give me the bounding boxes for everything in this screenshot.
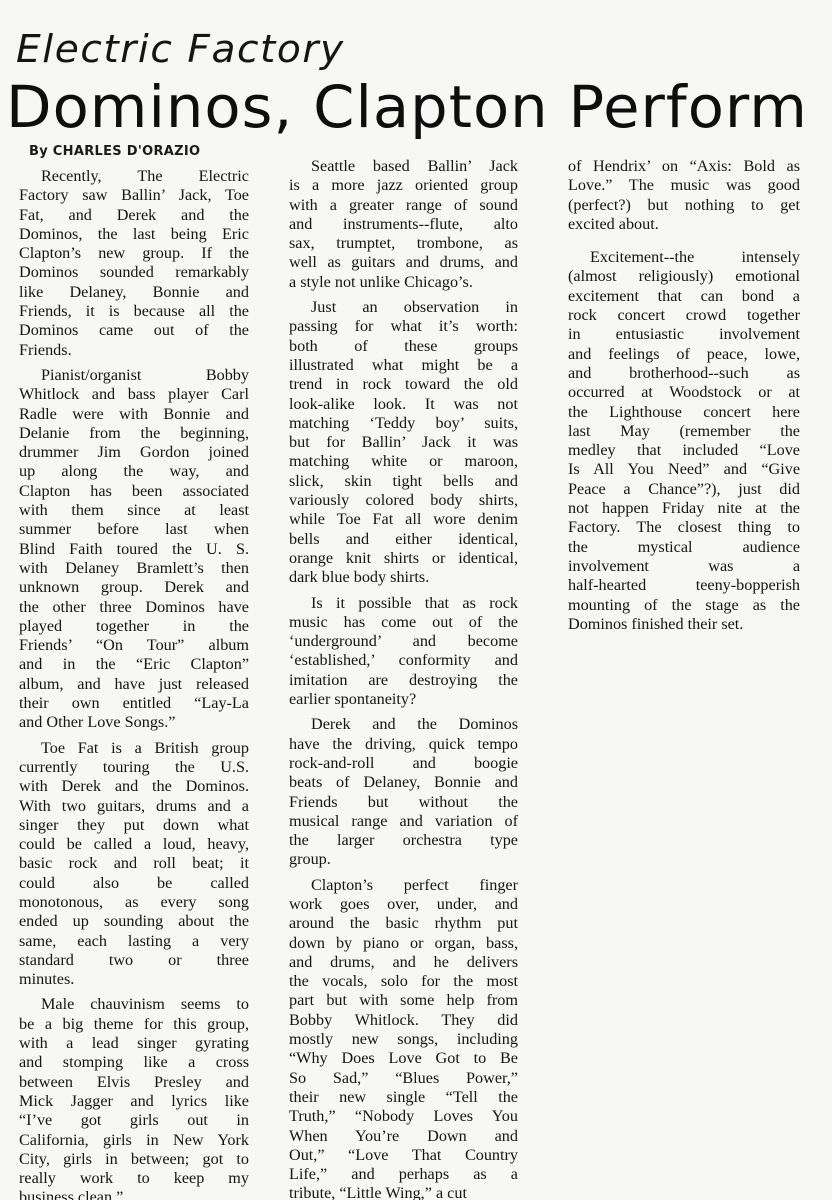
article-line: basic rock and roll beat; it	[19, 854, 249, 873]
article-line: with them since at least	[19, 501, 249, 520]
article-kicker: Electric Factory	[16, 30, 345, 68]
article-line: and drums, and he delivers	[289, 953, 518, 972]
article-line: their own entitled “Lay-La	[19, 694, 249, 713]
article-line: ‘underground’ and become	[289, 632, 518, 651]
article-line: Factory saw Ballin’ Jack, Toe	[19, 186, 249, 205]
article-line: really work to keep my	[19, 1169, 249, 1188]
article-line: Love.” The music was good	[568, 176, 800, 195]
article-line: Friends’ “On Tour” album	[19, 636, 249, 655]
article-line: minutes.	[19, 970, 249, 989]
article-line: Clapton has been associated	[19, 482, 249, 501]
article-line: Recently, The Electric	[19, 167, 249, 186]
article-line: Out,” “Love That Country	[289, 1146, 518, 1165]
article-line: part but with some help from	[289, 991, 518, 1010]
article-line: currently touring the U.S.	[19, 758, 249, 777]
article-line: Dominos came out of the	[19, 321, 249, 340]
article-line: When You’re Down and	[289, 1127, 518, 1146]
article-line: Whitlock and bass player Carl	[19, 385, 249, 404]
article-line: (perfect?) but nothing to get	[568, 196, 800, 215]
article-line: tribute, “Little Wing,” a cut	[289, 1184, 518, 1200]
article-line: the larger orchestra type	[289, 831, 518, 850]
article-line: sax, trumptet, trombone, as	[289, 234, 518, 253]
article-line: California, girls in New York	[19, 1131, 249, 1150]
article-line: Clapton’s new group. If the	[19, 244, 249, 263]
article-line: City, girls in between; got to	[19, 1150, 249, 1169]
article-line: and Other Love Songs.”	[19, 713, 249, 732]
article-line: summer before last when	[19, 520, 249, 539]
article-line: Mick Jagger and lyrics like	[19, 1092, 249, 1111]
article-line: the mystical audience	[568, 538, 800, 557]
article-line: “Why Does Love Got to Be	[289, 1049, 518, 1068]
article-line: Just an observation in	[289, 298, 518, 317]
article-line: rock concert crowd together	[568, 306, 800, 325]
article-line: with Delaney Bramlett’s then	[19, 559, 249, 578]
article-line: same, each lasting a very	[19, 932, 249, 951]
article-line: Toe Fat is a British group	[19, 739, 249, 758]
article-line: and feelings of peace, lowe,	[568, 345, 800, 364]
article-line: Bobby Whitlock. They did	[289, 1011, 518, 1030]
article-line: down by piano or organ, bass,	[289, 934, 518, 953]
article-line: slick, skin tight bells and	[289, 472, 518, 491]
article-line: With two guitars, drums and a	[19, 797, 249, 816]
article-paragraph: Just an observation inpassing for what i…	[289, 298, 518, 587]
article-line: could be called a loud, heavy,	[19, 835, 249, 854]
article-line: bells and either identical,	[289, 530, 518, 549]
article-line: both of these groups	[289, 337, 518, 356]
article-line: beats of Delaney, Bonnie and	[289, 773, 518, 792]
article-line: their new single “Tell the	[289, 1088, 518, 1107]
article-paragraph: Clapton’s perfect fingerwork goes over, …	[289, 876, 518, 1200]
article-line: with Derek and the Dominos.	[19, 777, 249, 796]
article-line: Peace a Chance”?), just did	[568, 480, 800, 499]
article-line: excitement that can bond a	[568, 287, 800, 306]
article-line: illustrated what might be a	[289, 356, 518, 375]
article-line: So Sad,” “Blues Power,”	[289, 1069, 518, 1088]
article-line: trend in rock toward the old	[289, 375, 518, 394]
article-line: and brotherhood--such as	[568, 364, 800, 383]
article-line: matching white or maroon,	[289, 452, 518, 471]
article-line: dark blue body shirts.	[289, 568, 518, 587]
article-line: but for Ballin’ Jack it was	[289, 433, 518, 452]
article-line: a style not unlike Chicago’s.	[289, 273, 518, 292]
article-line: and instruments--flute, alto	[289, 215, 518, 234]
article-paragraph: Toe Fat is a British groupcurrently tour…	[19, 739, 249, 990]
article-line: Friends but without the	[289, 793, 518, 812]
article-line: Clapton’s perfect finger	[289, 876, 518, 895]
article-line: Blind Faith toured the U. S.	[19, 540, 249, 559]
article-line: music has come out of the	[289, 613, 518, 632]
article-line: mounting of the stage as the	[568, 596, 800, 615]
article-line: around the basic rhythm put	[289, 914, 518, 933]
article-line: (almost religiously) emotional	[568, 267, 800, 286]
article-line: imitation are destroying the	[289, 671, 518, 690]
article-line: earlier spontaneity?	[289, 690, 518, 709]
article-line: the Lighthouse concert here	[568, 403, 800, 422]
article-line: singer they put down what	[19, 816, 249, 835]
article-line: not happen Friday nite at the	[568, 499, 800, 518]
article-line: between Elvis Presley and	[19, 1073, 249, 1092]
article-line: work goes over, under, and	[289, 895, 518, 914]
article-line: Seattle based Ballin’ Jack	[289, 157, 518, 176]
article-line: Pianist/organist Bobby	[19, 366, 249, 385]
article-line: rock-and-roll and boogie	[289, 754, 518, 773]
article-line: variously colored body shirts,	[289, 491, 518, 510]
article-line: have the driving, quick tempo	[289, 735, 518, 754]
article-line: involvement was a	[568, 557, 800, 576]
article-line: musical range and variation of	[289, 812, 518, 831]
article-line: orange knit shirts or identical,	[289, 549, 518, 568]
article-line: Dominos, the last being Eric	[19, 225, 249, 244]
article-line: Derek and the Dominos	[289, 715, 518, 734]
article-line: Fat, and Derek and the	[19, 206, 249, 225]
article-line: Truth,” “Nobody Loves You	[289, 1107, 518, 1126]
article-line: well as guitars and drums, and	[289, 253, 518, 272]
article-line: in entusiastic involvement	[568, 325, 800, 344]
article-line: could also be called	[19, 874, 249, 893]
article-line: Radle were with Bonnie and	[19, 405, 249, 424]
article-line: look-alike look. It was not	[289, 395, 518, 414]
article-headline: Dominos, Clapton Perform	[6, 78, 808, 136]
article-line: Dominos sounded remarkably	[19, 263, 249, 282]
article-line: last May (remember the	[568, 422, 800, 441]
article-line: occurred at Woodstock or at	[568, 383, 800, 402]
article-paragraph: Recently, The ElectricFactory saw Ballin…	[19, 167, 249, 360]
article-line: Life,” and perhaps as a	[289, 1165, 518, 1184]
article-line: Factory. The closest thing to	[568, 518, 800, 537]
article-line: Delanie from the beginning,	[19, 424, 249, 443]
article-line: up along the way, and	[19, 462, 249, 481]
article-line: matching ‘Teddy boy’ suits,	[289, 414, 518, 433]
article-line: Is it possible that as rock	[289, 594, 518, 613]
article-paragraph: Seattle based Ballin’ Jackis a more jazz…	[289, 157, 518, 292]
article-paragraph: Male chauvinism seems tobe a big theme f…	[19, 995, 249, 1200]
article-line: be a big theme for this group,	[19, 1015, 249, 1034]
article-line: is a more jazz oriented group	[289, 176, 518, 195]
article-line: Friends.	[19, 341, 249, 360]
article-line: group.	[289, 850, 518, 869]
article-line: and stomping like a cross	[19, 1053, 249, 1072]
article-line: medley that included “Love	[568, 441, 800, 460]
article-line: the other three Dominos have	[19, 598, 249, 617]
article-line: standard two or three	[19, 951, 249, 970]
article-column-3: of Hendrix’ on “Axis: Bold asLove.” The …	[568, 157, 800, 634]
article-column-2: Seattle based Ballin’ Jackis a more jazz…	[289, 157, 518, 1200]
article-paragraph: of Hendrix’ on “Axis: Bold asLove.” The …	[568, 157, 800, 234]
article-line: like Delaney, Bonnie and	[19, 283, 249, 302]
article-line: half-hearted teeny-bopperish	[568, 576, 800, 595]
article-line: business clean.”	[19, 1188, 249, 1200]
article-line: Dominos finished their set.	[568, 615, 800, 634]
article-line: mostly new songs, including	[289, 1030, 518, 1049]
article-line: while Toe Fat all wore denim	[289, 510, 518, 529]
article-line: Excitement--the intensely	[568, 248, 800, 267]
article-line: with a lead singer gyrating	[19, 1034, 249, 1053]
article-line: the vocals, solo for the most	[289, 972, 518, 991]
article-line: unknown group. Derek and	[19, 578, 249, 597]
paragraph-gap	[568, 234, 800, 248]
article-line: Male chauvinism seems to	[19, 995, 249, 1014]
article-line: with a greater range of sound	[289, 196, 518, 215]
article-byline: By CHARLES D'ORAZIO	[29, 144, 200, 159]
article-line: played together in the	[19, 617, 249, 636]
article-paragraph: Is it possible that as rockmusic has com…	[289, 594, 518, 710]
article-line: drummer Jim Gordon joined	[19, 443, 249, 462]
article-line: ‘established,’ conformity and	[289, 651, 518, 670]
article-paragraph: Pianist/organist BobbyWhitlock and bass …	[19, 366, 249, 733]
article-line: excited about.	[568, 215, 800, 234]
article-line: album, and have just released	[19, 675, 249, 694]
article-paragraph: Derek and the Dominoshave the driving, q…	[289, 715, 518, 869]
article-line: and in the “Eric Clapton”	[19, 655, 249, 674]
article-line: Is All You Need” and “Give	[568, 460, 800, 479]
article-line: monotonous, as every song	[19, 893, 249, 912]
article-line: of Hendrix’ on “Axis: Bold as	[568, 157, 800, 176]
article-line: Friends, it is because all the	[19, 302, 249, 321]
article-line: ended up sounding about the	[19, 912, 249, 931]
article-paragraph: Excitement--the intensely(almost religio…	[568, 248, 800, 634]
article-line: passing for what it’s worth:	[289, 317, 518, 336]
article-column-1: Recently, The ElectricFactory saw Ballin…	[19, 167, 249, 1200]
article-line: “I’ve got girls out in	[19, 1111, 249, 1130]
